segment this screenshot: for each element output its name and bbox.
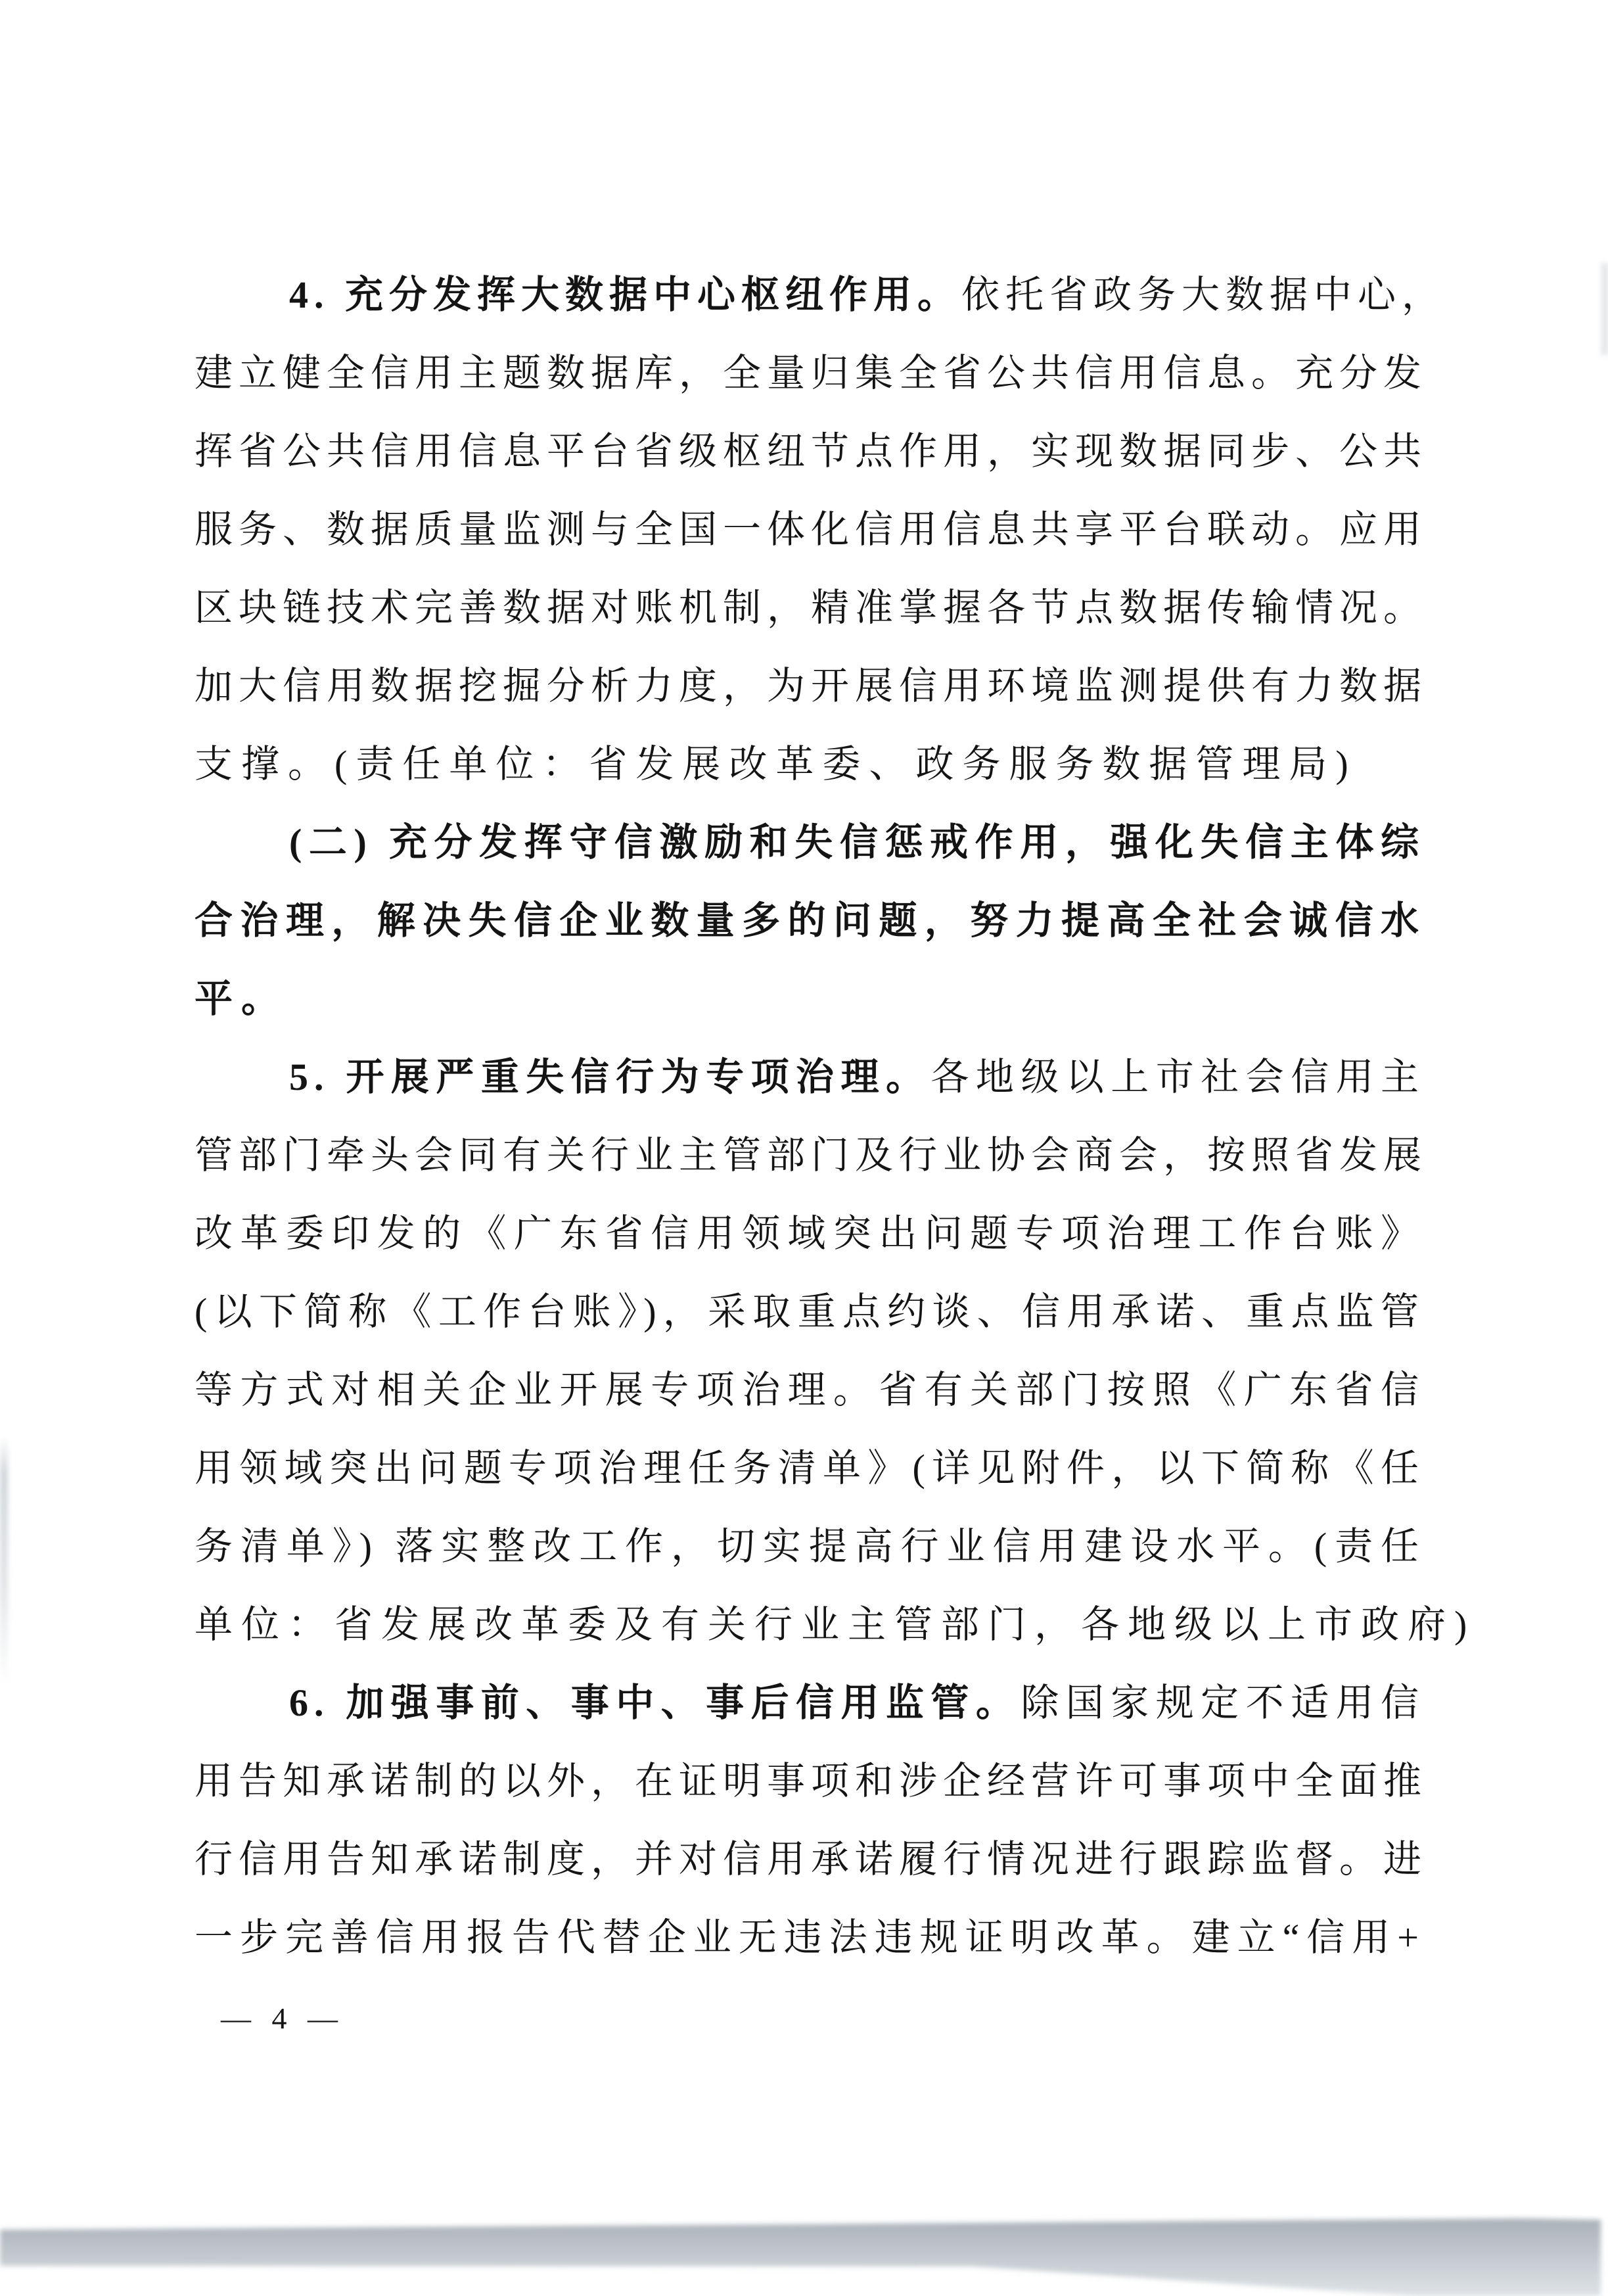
bold-run: 4. 充分发挥大数据中心枢纽作用。 <box>289 273 961 316</box>
regular-run: 区块链技术完善数据对账机制，精准掌握各节点数据传输情况。 <box>195 586 1427 629</box>
regular-run: 支撑。(责任单位：省发展改革委、政务服务数据管理局) <box>195 743 1357 785</box>
regular-run: 除国家规定不适用信 <box>1021 1681 1425 1724</box>
text-line: 5. 开展严重失信行为专项治理。各地级以上市社会信用主 <box>195 1038 1425 1116</box>
regular-run: 用告知承诺制的以外，在证明事项和涉企经营许可事项中全面推 <box>195 1760 1427 1802</box>
regular-run: 务清单》) 落实整改工作，切实提高行业信用建设水平。(责任 <box>195 1525 1425 1568</box>
text-line: 用领域突出问题专项治理任务清单》(详见附件，以下简称《任 <box>195 1429 1425 1507</box>
text-line: 一步完善信用报告代替企业无违法违规证明改革。建立“信用+ <box>195 1898 1425 1977</box>
regular-run: 建立健全信用主题数据库，全量归集全省公共信用信息。充分发 <box>195 352 1427 394</box>
text-line: 务清单》) 落实整改工作，切实提高行业信用建设水平。(责任 <box>195 1507 1425 1585</box>
regular-run: (以下简称《工作台账》)，采取重点约谈、信用承诺、重点监管 <box>195 1290 1425 1333</box>
text-line: 平。 <box>195 960 1425 1038</box>
bold-run: 平。 <box>195 977 288 1020</box>
text-line: 挥省公共信用信息平台省级枢纽节点作用，实现数据同步、公共 <box>195 412 1425 490</box>
bold-run: 5. 开展严重失信行为专项治理。 <box>289 1056 930 1098</box>
regular-run: 依托省政务大数据中心， <box>961 273 1446 316</box>
bold-run: 6. 加强事前、事中、事后信用监管。 <box>289 1681 1021 1724</box>
text-line: 合治理，解决失信企业数量多的问题，努力提高全社会诚信水 <box>195 881 1425 960</box>
regular-run: 用领域突出问题专项治理任务清单》(详见附件，以下简称《任 <box>195 1447 1425 1489</box>
regular-run: 加大信用数据挖掘分析力度，为开展信用环境监测提供有力数据 <box>195 665 1427 707</box>
text-line: 单位：省发展改革委及有关行业主管部门，各地级以上市政府) <box>195 1585 1425 1664</box>
regular-run: 一步完善信用报告代替企业无违法违规证明改革。建立“信用+ <box>195 1916 1425 1959</box>
body-text: 4. 充分发挥大数据中心枢纽作用。依托省政务大数据中心， 建立健全信用主题数据库… <box>195 256 1425 1977</box>
text-line: 行信用告知承诺制度，并对信用承诺履行情况进行跟踪监督。进 <box>195 1820 1425 1898</box>
document-page: 4. 充分发挥大数据中心枢纽作用。依托省政务大数据中心， 建立健全信用主题数据库… <box>0 0 1608 2296</box>
text-line: 建立健全信用主题数据库，全量归集全省公共信用信息。充分发 <box>195 334 1425 412</box>
text-line: 4. 充分发挥大数据中心枢纽作用。依托省政务大数据中心， <box>195 256 1425 334</box>
text-line: 6. 加强事前、事中、事后信用监管。除国家规定不适用信 <box>195 1664 1425 1742</box>
scan-shadow-bottom <box>0 2214 1608 2296</box>
text-line: 用告知承诺制的以外，在证明事项和涉企经营许可事项中全面推 <box>195 1742 1425 1820</box>
text-line: 改革委印发的《广东省信用领域突出问题专项治理工作台账》 <box>195 1194 1425 1273</box>
regular-run: 服务、数据质量监测与全国一体化信用信息共享平台联动。应用 <box>195 508 1427 551</box>
regular-run: 管部门牵头会同有关行业主管部门及行业协会商会，按照省发展 <box>195 1134 1427 1177</box>
text-line: 服务、数据质量监测与全国一体化信用信息共享平台联动。应用 <box>195 490 1425 569</box>
text-line: 加大信用数据挖掘分析力度，为开展信用环境监测提供有力数据 <box>195 647 1425 725</box>
text-line: (二) 充分发挥守信激励和失信惩戒作用，强化失信主体综 <box>195 803 1425 881</box>
regular-run: 各地级以上市社会信用主 <box>930 1056 1425 1098</box>
text-line: (以下简称《工作台账》)，采取重点约谈、信用承诺、重点监管 <box>195 1273 1425 1351</box>
scan-smudge-top-right <box>1601 263 1608 355</box>
text-line: 等方式对相关企业开展专项治理。省有关部门按照《广东省信 <box>195 1351 1425 1429</box>
regular-run: 等方式对相关企业开展专项治理。省有关部门按照《广东省信 <box>195 1369 1425 1411</box>
text-line: 管部门牵头会同有关行业主管部门及行业协会商会，按照省发展 <box>195 1116 1425 1194</box>
page-number: — 4 — <box>221 2001 344 2036</box>
bold-run: 合治理，解决失信企业数量多的问题，努力提高全社会诚信水 <box>195 899 1425 942</box>
regular-run: 单位：省发展改革委及有关行业主管部门，各地级以上市政府) <box>195 1603 1475 1646</box>
bold-run: (二) 充分发挥守信激励和失信惩戒作用，强化失信主体综 <box>289 821 1425 864</box>
regular-run: 改革委印发的《广东省信用领域突出问题专项治理工作台账》 <box>195 1212 1425 1255</box>
text-line: 支撑。(责任单位：省发展改革委、政务服务数据管理局) <box>195 725 1425 803</box>
text-line: 区块链技术完善数据对账机制，精准掌握各节点数据传输情况。 <box>195 569 1425 647</box>
regular-run: 行信用告知承诺制度，并对信用承诺履行情况进行跟踪监督。进 <box>195 1838 1427 1881</box>
regular-run: 挥省公共信用信息平台省级枢纽节点作用，实现数据同步、公共 <box>195 430 1427 473</box>
scan-smudge-left-edge <box>0 1436 8 1686</box>
